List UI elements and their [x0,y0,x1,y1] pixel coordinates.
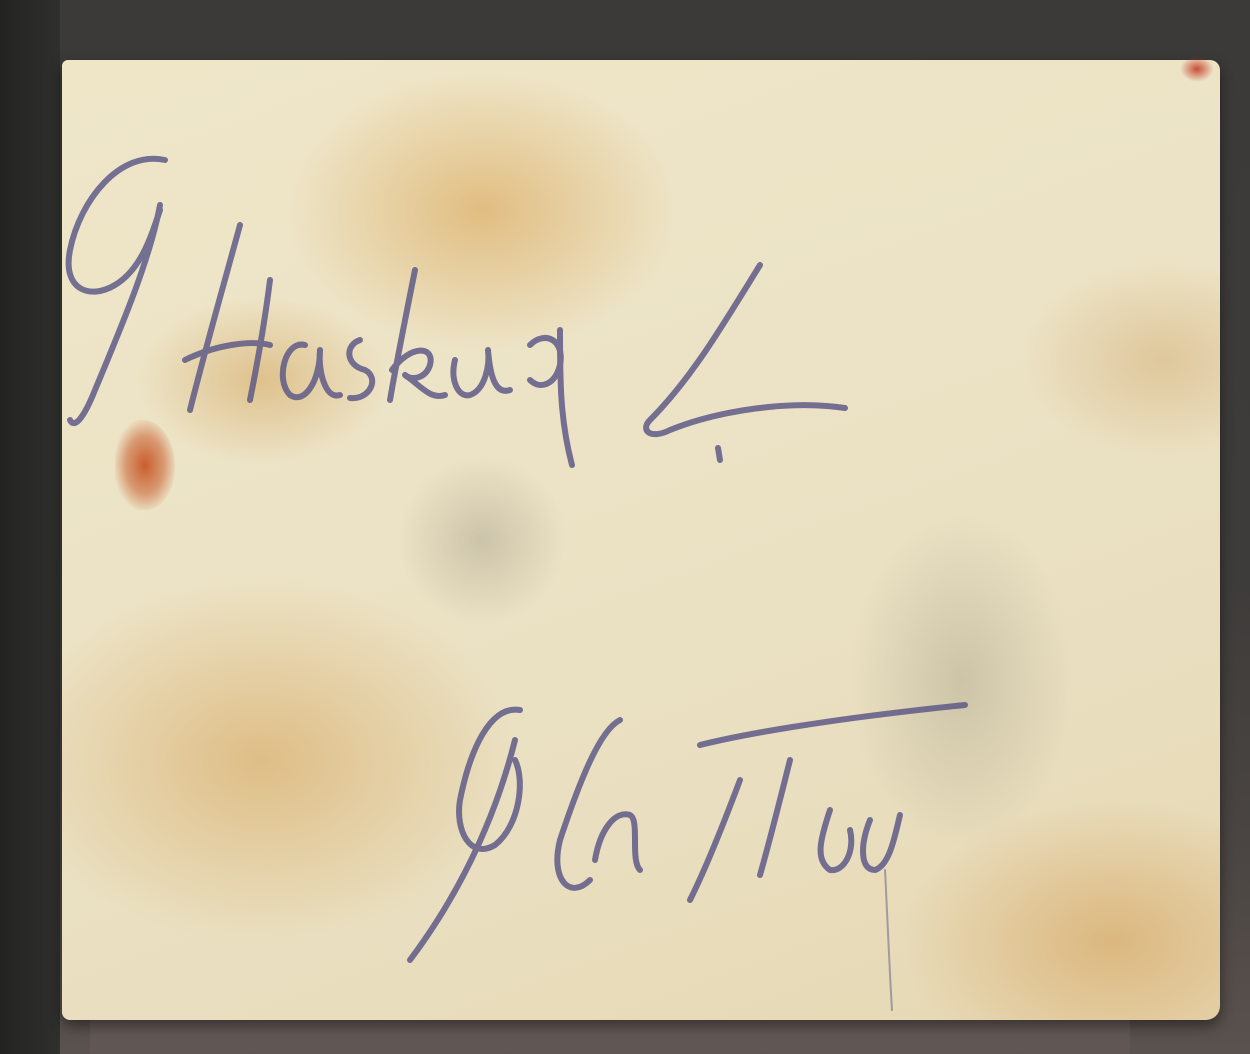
dark-background-left [0,0,60,1054]
corner-stain [1180,56,1214,82]
rust-stain [115,420,175,510]
paper-label [62,60,1220,1020]
